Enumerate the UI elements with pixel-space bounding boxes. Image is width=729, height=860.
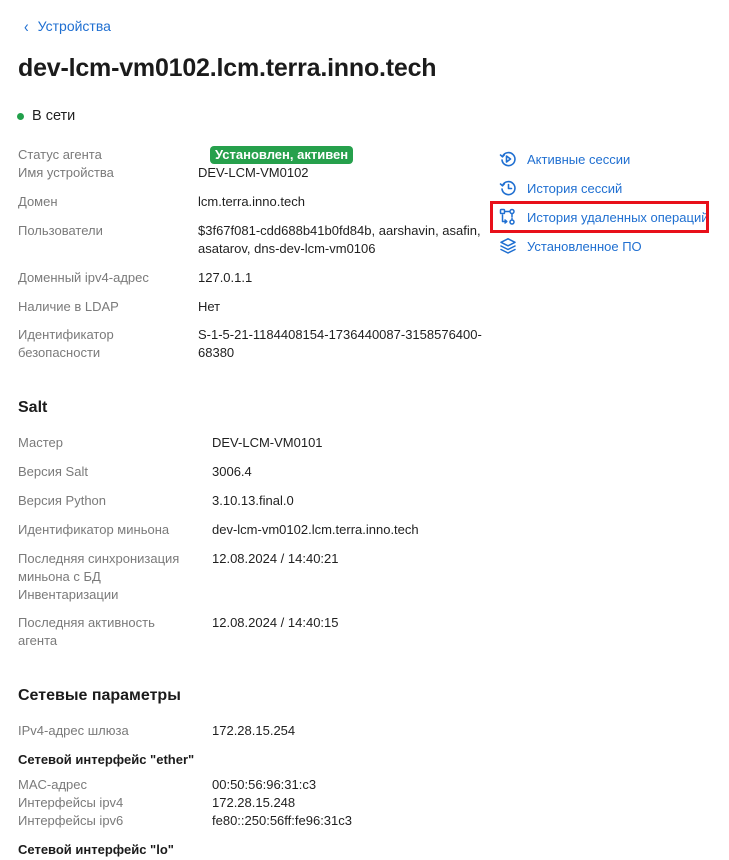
gateway-value: 172.28.15.254 [212,722,507,740]
salt-version-label: Версия Salt [18,463,198,481]
users-label: Пользователи [18,222,198,240]
last-activity-value: 12.08.2024 / 14:40:15 [212,614,507,632]
mac-address-value: 00:50:56:96:31:c3 [212,776,507,794]
agent-status-badge: Установлен, активен [210,146,353,164]
domain-label: Домен [18,193,198,211]
chevron-left-icon: ‹ [24,16,29,35]
online-status: В сети [17,108,75,124]
status-dot-icon [17,113,24,120]
minion-id-value: dev-lcm-vm0102.lcm.terra.inno.tech [212,521,507,539]
minion-id-label: Идентификатор миньона [18,521,198,539]
session-history-label: История сессий [527,181,622,196]
sid-label: Идентификатор безопасности [18,326,148,362]
salt-master-label: Мастер [18,434,198,452]
interface-lo-title: Сетевой интерфейс "lo" [18,842,174,857]
active-sessions-label: Активные сессии [527,152,630,167]
ipv6-interfaces-label: Интерфейсы ipv6 [18,812,198,830]
installed-software-label: Установленное ПО [527,239,642,254]
installed-software-link[interactable]: Установленное ПО [499,237,642,255]
back-link-label: Устройства [38,18,111,34]
users-value: $3f67f081-cdd688b41b0fd84b, aarshavin, a… [198,222,488,258]
network-section-title: Сетевые параметры [18,687,181,705]
history-icon [499,179,517,197]
salt-version-value: 3006.4 [212,463,507,481]
active-sessions-icon [499,150,517,168]
salt-master-value: DEV-LCM-VM0101 [212,434,507,452]
sid-value: S-1-5-21-1184408154-1736440087-315857640… [198,326,490,362]
back-to-devices-link[interactable]: ‹ Устройства [24,18,111,34]
highlight-box [490,201,709,233]
last-sync-label: Последняя синхронизация миньона с БД Инв… [18,550,183,604]
ipv4-interfaces-value: 172.28.15.248 [212,794,507,812]
python-version-value: 3.10.13.final.0 [212,492,507,510]
gateway-label: IPv4-адрес шлюза [18,722,198,740]
mac-address-label: MAC-адрес [18,776,198,794]
device-name-label: Имя устройства [18,164,198,182]
page-title: dev-lcm-vm0102.lcm.terra.inno.tech [18,54,436,83]
ldap-label: Наличие в LDAP [18,298,198,316]
layers-icon [499,237,517,255]
agent-status-label: Статус агента [18,146,198,164]
salt-section-title: Salt [18,399,47,417]
device-name-value: DEV-LCM-VM0102 [198,164,493,182]
domain-ipv4-label: Доменный ipv4-адрес [18,269,198,287]
interface-ether-title: Сетевой интерфейс "ether" [18,752,194,767]
ldap-value: Нет [198,298,493,316]
active-sessions-link[interactable]: Активные сессии [499,150,630,168]
domain-ipv4-value: 127.0.1.1 [198,269,493,287]
last-activity-label: Последняя активность агента [18,614,158,650]
ipv6-interfaces-value: fe80::250:56ff:fe96:31c3 [212,812,507,830]
session-history-link[interactable]: История сессий [499,179,622,197]
domain-value: lcm.terra.inno.tech [198,193,493,211]
online-status-label: В сети [32,108,75,124]
last-sync-value: 12.08.2024 / 14:40:21 [212,550,507,568]
ipv4-interfaces-label: Интерфейсы ipv4 [18,794,198,812]
python-version-label: Версия Python [18,492,198,510]
